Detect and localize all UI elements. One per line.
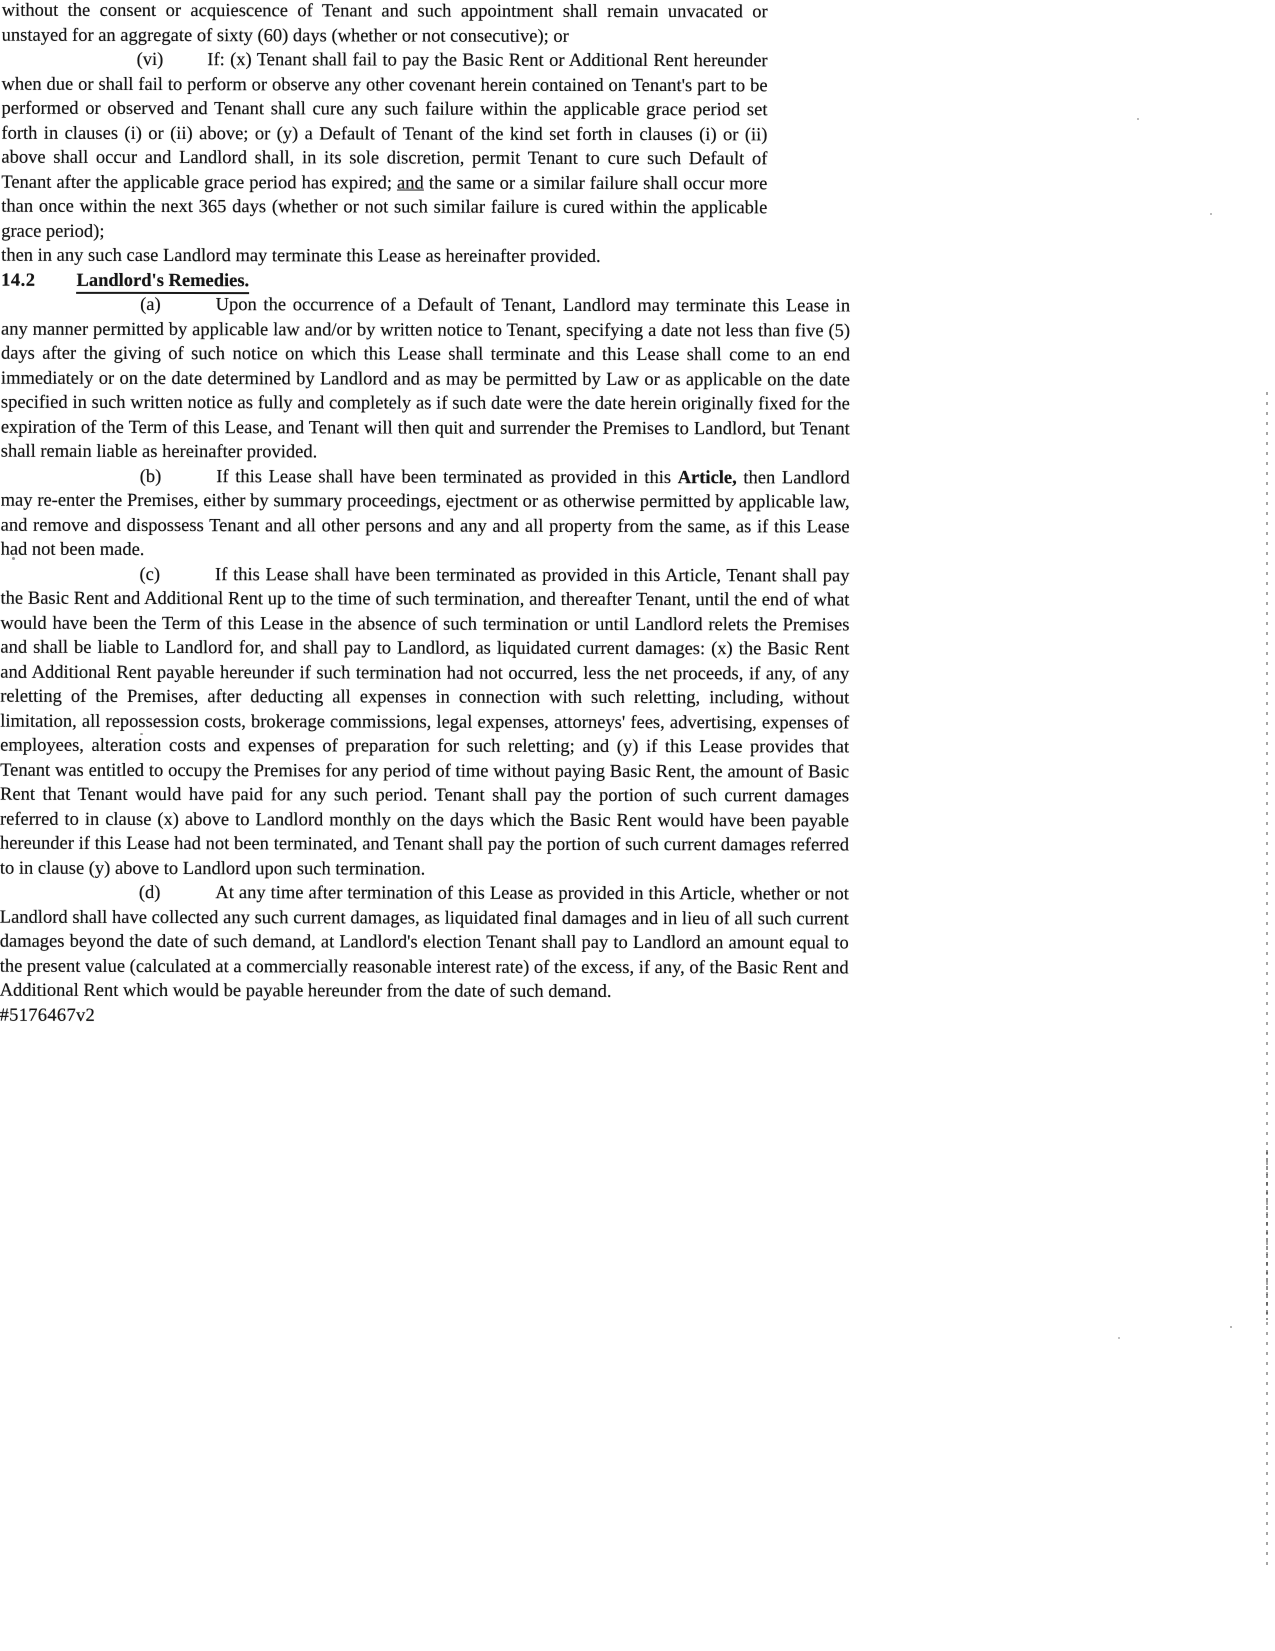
- paragraph-c-text: If this Lease shall have been terminated…: [0, 565, 850, 879]
- clause-vi-text-before: If: (x) Tenant shall fail to pay the Bas…: [1, 50, 767, 193]
- scan-artifact-speck: [1210, 213, 1212, 215]
- paragraph-c: (c)If this Lease shall have been termina…: [0, 562, 850, 882]
- paragraph-b-text-before: If this Lease shall have been terminated…: [216, 467, 677, 488]
- scan-artifact-speck: [1137, 118, 1139, 120]
- scan-artifact-dotted-line-dense: [1266, 1150, 1268, 1320]
- paragraph-d-text: At any time after termination of this Le…: [0, 883, 849, 1002]
- clause-vi-underlined-and: and: [397, 173, 424, 193]
- scan-artifact-speck: [12, 557, 15, 560]
- paragraph-d-label: (d): [139, 883, 161, 903]
- paragraph-b: (b)If this Lease shall have been termina…: [1, 464, 850, 564]
- paragraph-a-label: (a): [140, 295, 161, 315]
- paragraph-a: (a)Upon the occurrence of a Default of T…: [1, 293, 850, 466]
- scanned-lease-document-page: without the consent or acquiescence of T…: [0, 0, 1275, 1651]
- paragraph-b-label: (b): [140, 466, 162, 486]
- section-title: Landlord's Remedies.: [76, 270, 249, 293]
- section-14-2-heading: 14.2Landlord's Remedies.: [1, 268, 1275, 295]
- scan-artifact-dotted-line: [1266, 392, 1268, 1568]
- scan-artifact-speck: [140, 733, 143, 735]
- clause-vi-paragraph: (vi)If: (x) Tenant shall fail to pay the…: [1, 48, 767, 246]
- section-number: 14.2: [1, 270, 35, 290]
- then-in-any-such-case-paragraph: then in any such case Landlord may termi…: [1, 244, 850, 270]
- scan-artifact-speck: [1118, 1337, 1120, 1339]
- paragraph-c-label: (c): [140, 564, 161, 584]
- clause-continuation-paragraph: without the consent or acquiescence of T…: [2, 0, 768, 49]
- clause-vi-label: (vi): [137, 50, 164, 70]
- paragraph-b-bold-article: Article,: [678, 468, 737, 488]
- scan-artifact-speck: [1230, 1326, 1232, 1328]
- paragraph-d: (d)At any time after termination of this…: [0, 881, 849, 1005]
- document-number-footer: #5176467v2: [0, 1003, 1275, 1030]
- paragraph-a-text: Upon the occurrence of a Default of Tena…: [1, 295, 850, 462]
